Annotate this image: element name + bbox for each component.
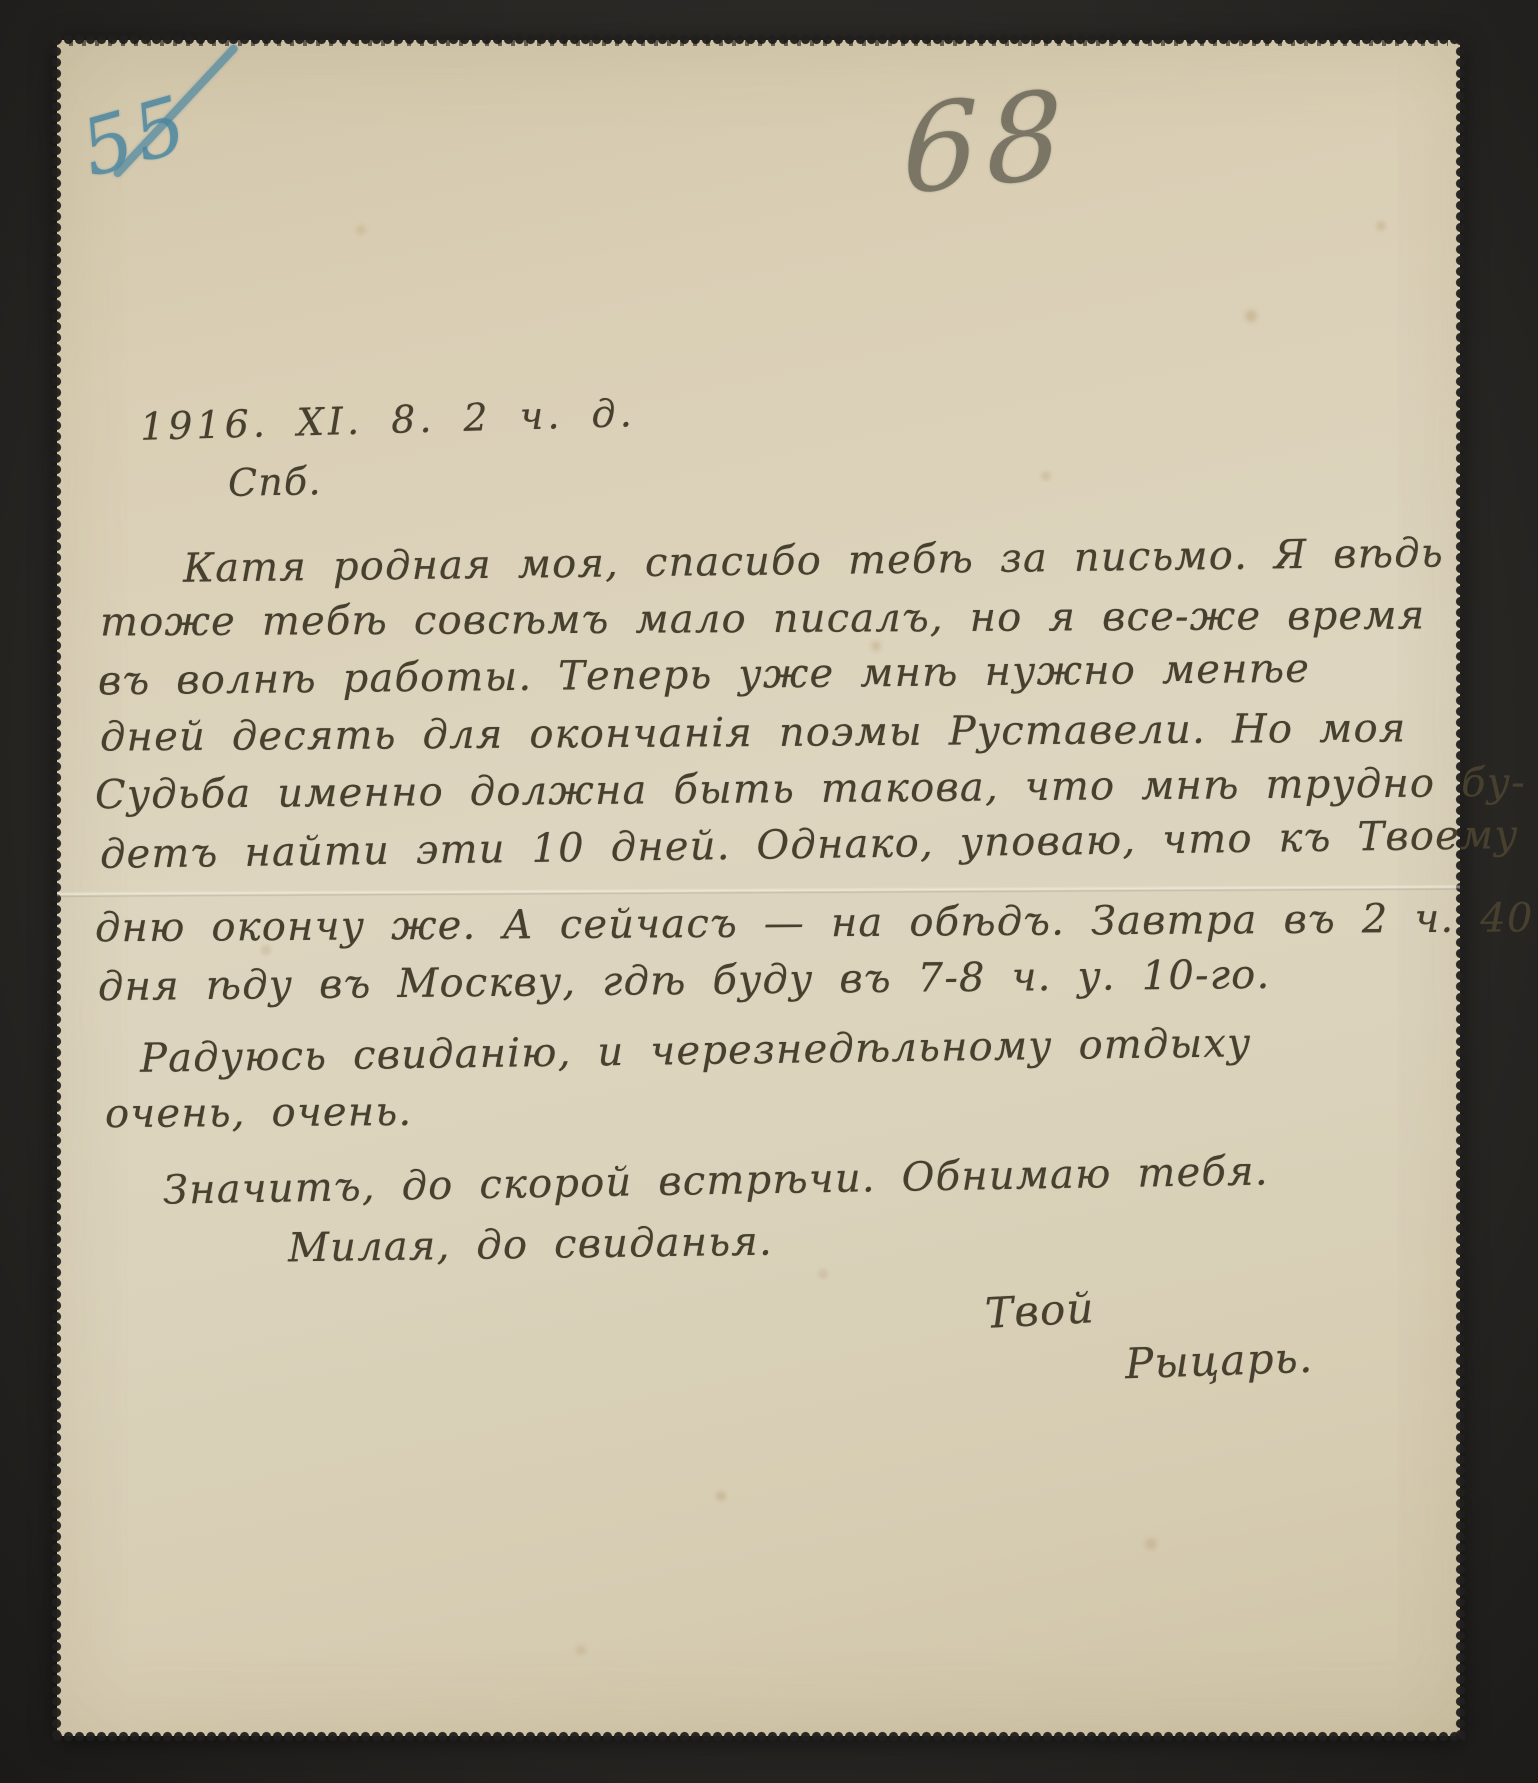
body-line: очень, очень. bbox=[105, 1089, 413, 1137]
place-line: Спб. bbox=[228, 459, 322, 505]
foxing-spots bbox=[57, 40, 65, 48]
body-line: Радуюсь свиданію, и черезнедѣльному отды… bbox=[140, 1020, 1252, 1082]
body-line: дней десять для окончанія поэмы Руставел… bbox=[100, 705, 1407, 760]
body-line: детъ найти эти 10 дней. Однако, уповаю, … bbox=[100, 812, 1519, 878]
dateline: 1916. XI. 8. 2 ч. д. bbox=[139, 391, 636, 449]
body-line: Катя родная моя, спасибо тебѣ за письмо.… bbox=[183, 530, 1444, 591]
page-number-pencil: 68 bbox=[902, 65, 1070, 222]
body-line: дня ѣду въ Москву, гдѣ буду въ 7-8 ч. у.… bbox=[98, 952, 1271, 1010]
body-line: въ волнѣ работы. Теперь уже мнѣ нужно ме… bbox=[98, 646, 1311, 705]
body-line: Судьба именно должна быть такова, что мн… bbox=[95, 760, 1526, 818]
perforated-edge-bottom bbox=[52, 1731, 1465, 1742]
letter-card: 55 68 1916. XI. 8. 2 ч. д. Спб. Катя род… bbox=[57, 40, 1460, 1736]
farewell-line: Милая, до свиданья. bbox=[288, 1219, 773, 1272]
fold-crease bbox=[57, 884, 1460, 897]
signature-name: Рыцарь. bbox=[1124, 1333, 1314, 1389]
photograph-background: 55 68 1916. XI. 8. 2 ч. д. Спб. Катя род… bbox=[0, 0, 1538, 1783]
signature-prefix: Твой bbox=[984, 1283, 1096, 1338]
body-line: тоже тебѣ совсѣмъ мало писалъ, но я все-… bbox=[100, 593, 1426, 646]
perforated-edge-left bbox=[51, 35, 62, 1741]
body-line: Значитъ, до скорой встрѣчи. Обнимаю тебя… bbox=[163, 1148, 1269, 1213]
perforation-remnant bbox=[69, 40, 1448, 46]
archival-number-blue: 55 bbox=[72, 79, 200, 195]
body-line: дню окончу же. А сейчасъ — на обѣдъ. Зав… bbox=[95, 895, 1538, 952]
